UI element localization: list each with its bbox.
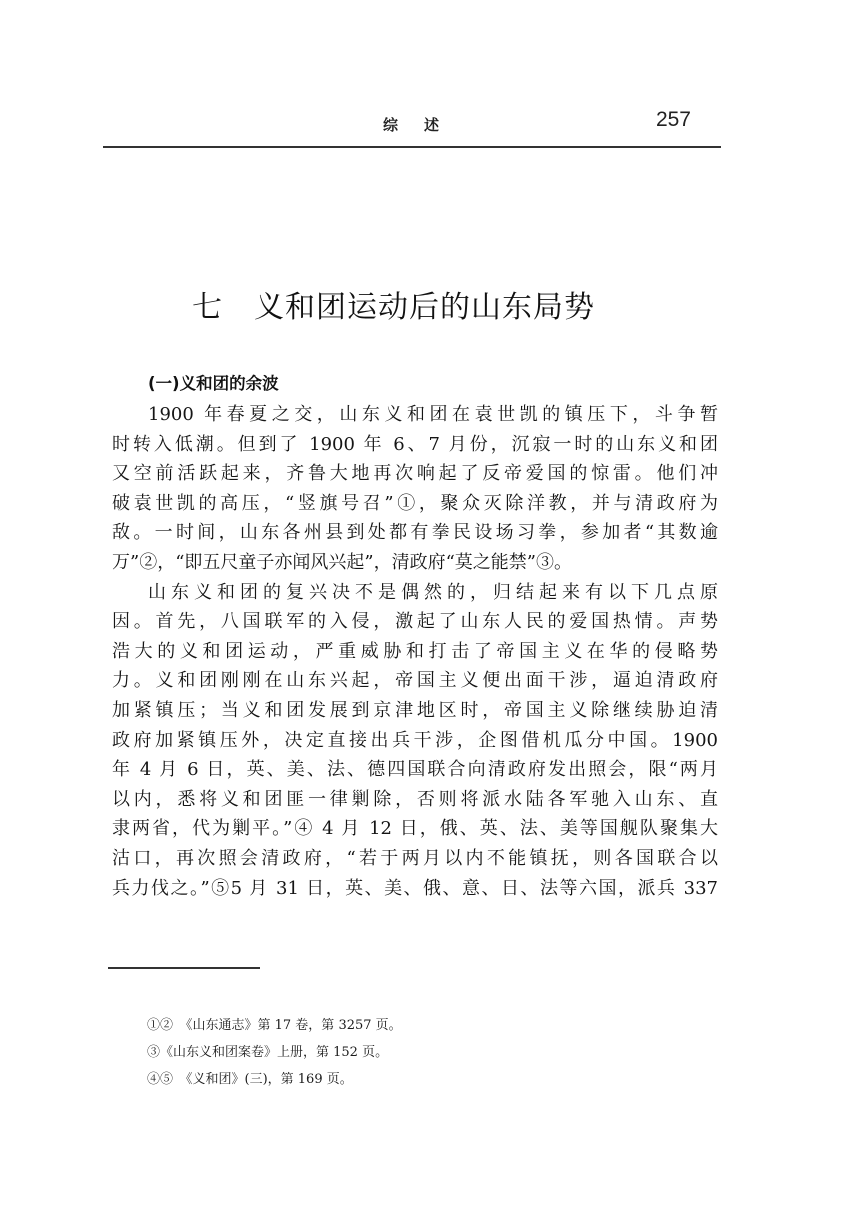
paragraph-line: 万”②，“即五尺童子亦闻风兴起”，清政府“莫之能禁”③。 xyxy=(112,548,718,578)
chapter-title: 七 义和团运动后的山东局势 xyxy=(192,282,595,326)
running-title: 综述 xyxy=(383,114,465,135)
paragraph-line: 因。首先，八国联军的入侵，激起了山东人民的爱国热情。声势 xyxy=(112,607,718,637)
running-header: 综述 257 xyxy=(105,108,717,140)
paragraph-line: 政府加紧镇压外，决定直接出兵干涉，企图借机瓜分中国。1900 xyxy=(112,726,718,756)
paragraph-line: 年 4 月 6 日，英、美、法、德四国联合向清政府发出照会，限“两月 xyxy=(112,755,718,785)
paragraph-line: 力。义和团刚刚在山东兴起，帝国主义便出面干涉，逼迫清政府 xyxy=(112,666,718,696)
footnote: ③《山东义和团案卷》上册，第 152 页。 xyxy=(147,1039,402,1066)
paragraph-line: 以内，悉将义和团匪一律剿除，否则将派水陆各军驰入山东、直 xyxy=(112,785,718,815)
paragraph-line: 加紧镇压；当义和团发展到京津地区时，帝国主义除继续胁迫清 xyxy=(112,696,718,726)
body-text: 1900 年春夏之交，山东义和团在袁世凯的镇压下，斗争暂 时转入低潮。但到了 1… xyxy=(112,400,718,903)
header-rule xyxy=(103,146,721,148)
paragraph-line: 隶两省，代为剿平。”④ 4 月 12 日，俄、英、法、美等国舰队聚集大 xyxy=(112,814,718,844)
paragraph-line: 时转入低潮。但到了 1900 年 6、7 月份，沉寂一时的山东义和团 xyxy=(112,430,718,460)
page-number: 257 xyxy=(656,108,691,132)
footnote: ④⑤ 《义和团》(三)，第 169 页。 xyxy=(147,1066,402,1093)
paragraph-line: 破袁世凯的高压，“竖旗号召”①，聚众灭除洋教，并与清政府为 xyxy=(112,489,718,519)
footnote-rule xyxy=(108,967,260,969)
footnotes: ①② 《山东通志》第 17 卷，第 3257 页。 ③《山东义和团案卷》上册，第… xyxy=(147,1012,402,1093)
section-heading: (一)义和团的余波 xyxy=(148,370,279,394)
paragraph-line: 沽口，再次照会清政府，“若于两月以内不能镇抚，则各国联合以 xyxy=(112,844,718,874)
footnote: ①② 《山东通志》第 17 卷，第 3257 页。 xyxy=(147,1012,402,1039)
paragraph-line: 敌。一时间，山东各州县到处都有拳民设场习拳，参加者“其数逾 xyxy=(112,518,718,548)
paragraph-line: 山东义和团的复兴决不是偶然的，归结起来有以下几点原 xyxy=(112,578,718,608)
paragraph-line: 兵力伐之。”⑤5 月 31 日，英、美、俄、意、日、法等六国，派兵 337 xyxy=(112,874,718,904)
paragraph-line: 1900 年春夏之交，山东义和团在袁世凯的镇压下，斗争暂 xyxy=(112,400,718,430)
paragraph-line: 浩大的义和团运动，严重威胁和打击了帝国主义在华的侵略势 xyxy=(112,637,718,667)
paragraph-line: 又空前活跃起来，齐鲁大地再次响起了反帝爱国的惊雷。他们冲 xyxy=(112,459,718,489)
